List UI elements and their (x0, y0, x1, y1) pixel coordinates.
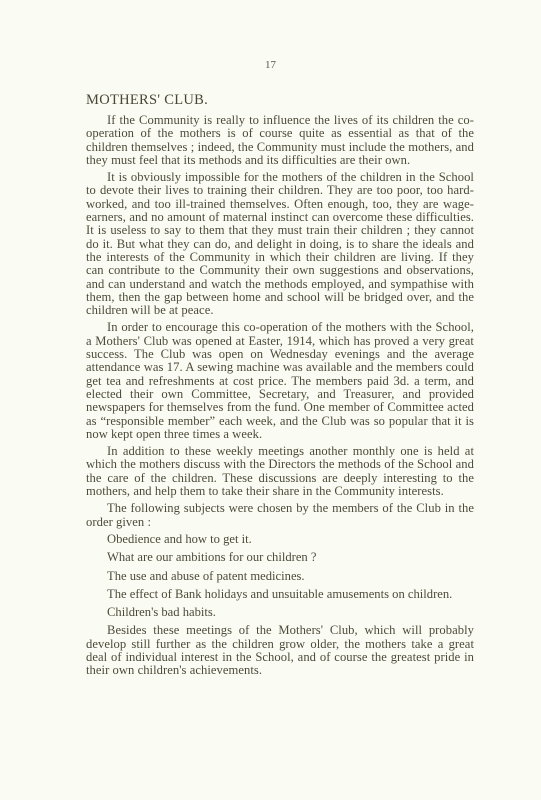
subject-item: Children's bad habits. (86, 606, 474, 619)
subject-item: Obedience and how to get it. (86, 533, 474, 546)
paragraph-mothers-limitations: It is obviously impossible for the mothe… (86, 171, 474, 317)
paragraph-subjects-intro: The following subjects were chosen by th… (86, 502, 474, 529)
subject-item: The use and abuse of patent medicines. (86, 570, 474, 583)
section-heading: MOTHERS' CLUB. (86, 92, 474, 109)
subject-item: What are our ambitions for our children … (86, 551, 474, 564)
subject-item: The effect of Bank holidays and unsuitab… (86, 588, 474, 601)
page-body: MOTHERS' CLUB. If the Community is reall… (86, 92, 474, 682)
paragraph-monthly-meetings: In addition to these weekly meetings ano… (86, 445, 474, 498)
paragraph-intro: If the Community is really to influence … (86, 114, 474, 167)
paragraph-closing: Besides these meetings of the Mothers' C… (86, 624, 474, 677)
subjects-list: Obedience and how to get it. What are ou… (86, 533, 474, 619)
paragraph-club-founding: In order to encourage this co-operation … (86, 321, 474, 441)
page-number: 17 (0, 59, 541, 71)
